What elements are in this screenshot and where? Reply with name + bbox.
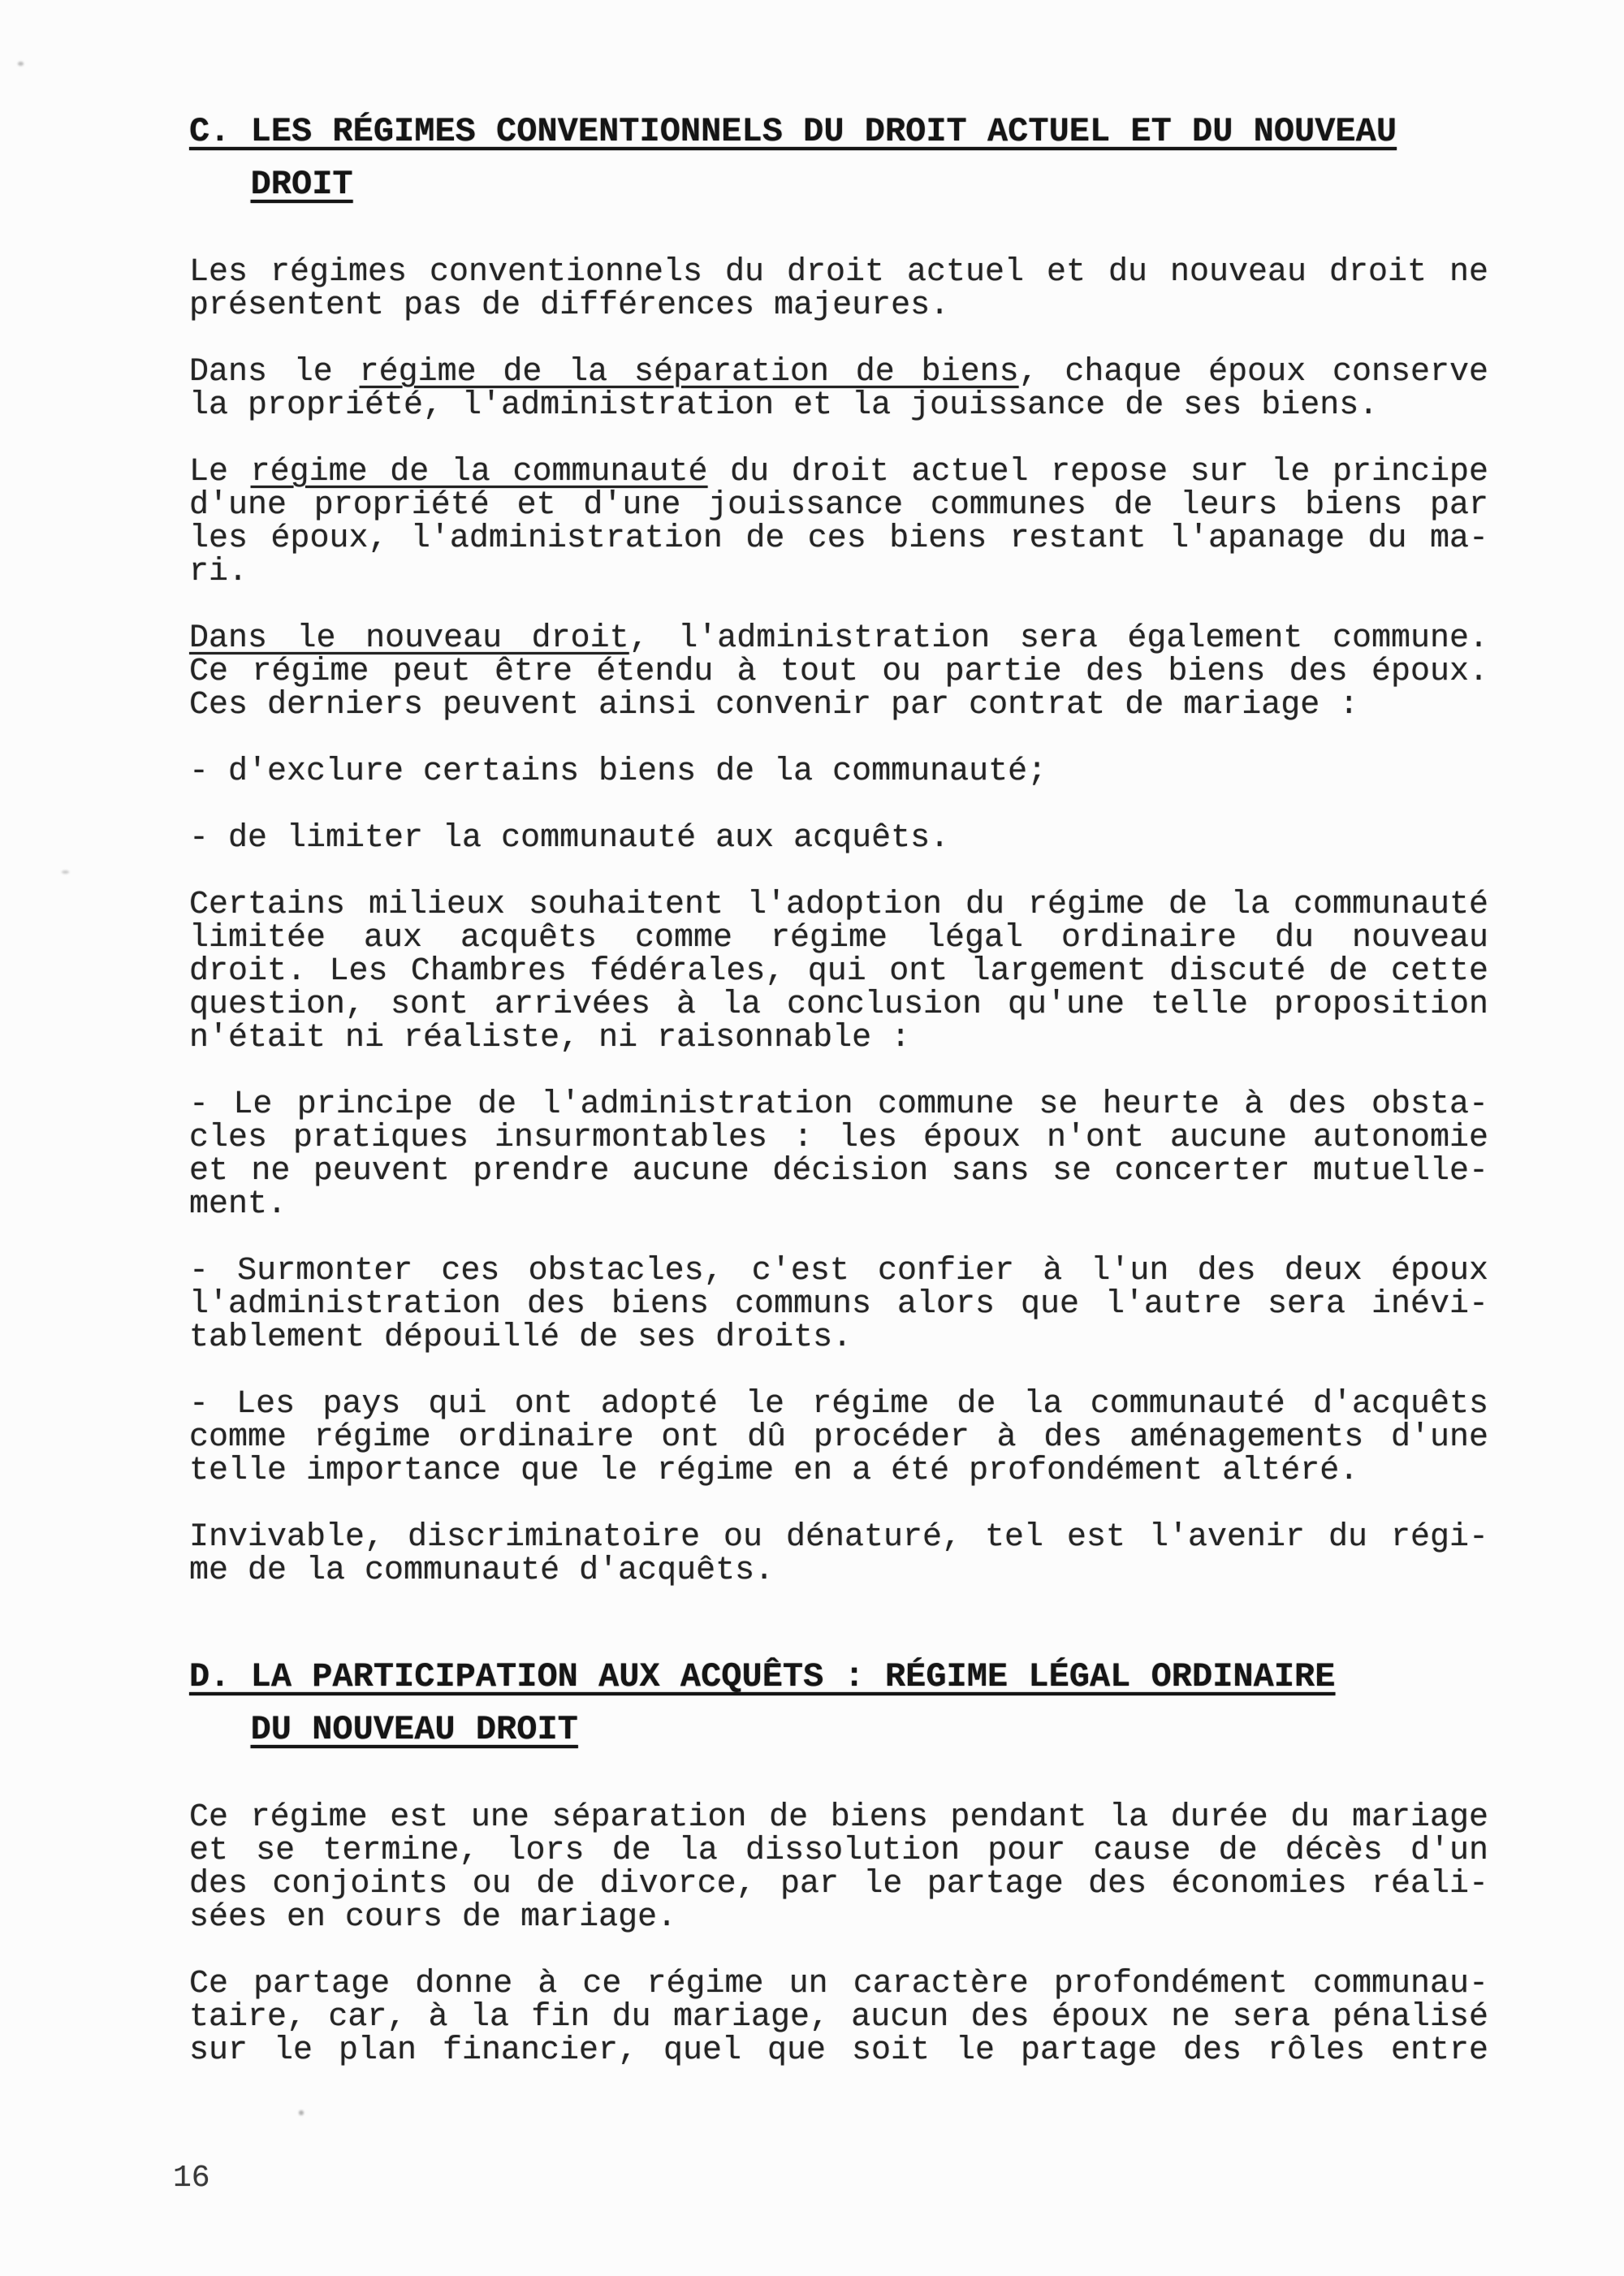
bullet-pays-adopte: - Les pays qui ont adopté le régime de l… xyxy=(189,1388,1488,1488)
text-segment: et se termine, lors de la dissolution po… xyxy=(189,1833,1488,1869)
para-line: Ce partage donne à ce régime un caractèr… xyxy=(189,1967,1488,2001)
text-segment: Ce régime est une séparation de biens pe… xyxy=(189,1799,1488,1836)
text-segment: telle importance que le régime en a été … xyxy=(189,1453,1358,1489)
text-segment: sur le plan financier, quel que soit le … xyxy=(189,2032,1488,2069)
bullet-exclure: - d'exclure certains biens de la communa… xyxy=(189,755,1488,788)
text-segment: les époux, l'administration de ces biens… xyxy=(189,520,1488,557)
para-certains-milieux: Certains milieux souhaitent l'adoption d… xyxy=(189,888,1488,1055)
para-line: présentent pas de différences majeures. xyxy=(189,289,1488,322)
para-line: et ne peuvent prendre aucune décision sa… xyxy=(189,1155,1488,1188)
para-ce-regime: Ce régime est une séparation de biens pe… xyxy=(189,1801,1488,1934)
text-segment: ri. xyxy=(189,554,248,590)
para-line: - d'exclure certains biens de la communa… xyxy=(189,755,1488,788)
heading-line: D. LA PARTICIPATION AUX ACQUÊTS : RÉGIME… xyxy=(189,1651,1488,1704)
para-line: telle importance que le régime en a été … xyxy=(189,1454,1488,1488)
para-line: - Les pays qui ont adopté le régime de l… xyxy=(189,1388,1488,1421)
heading-line: C. LES RÉGIMES CONVENTIONNELS DU DROIT A… xyxy=(189,106,1488,158)
para-line: Invivable, discriminatoire ou dénaturé, … xyxy=(189,1521,1488,1554)
scan-speck xyxy=(18,62,24,66)
underlined-text-segment: DU NOUVEAU DROIT xyxy=(251,1710,578,1749)
para-line: - Surmonter ces obstacles, c'est confier… xyxy=(189,1255,1488,1288)
text-segment: ment. xyxy=(189,1186,287,1223)
text-segment: comme régime ordinaire ont dû procéder à… xyxy=(189,1419,1488,1456)
para-line: Certains milieux souhaitent l'adoption d… xyxy=(189,888,1488,922)
text-segment: , chaque époux conserve xyxy=(1019,354,1488,391)
text-segment: limitée aux acquêts comme régime légal o… xyxy=(189,920,1488,957)
text-segment: et ne peuvent prendre aucune décision sa… xyxy=(189,1153,1488,1190)
text-segment: présentent pas de différences majeures. xyxy=(189,287,949,324)
underlined-text-segment: régime de la séparation de biens xyxy=(360,354,1019,391)
para-line: Les régimes conventionnels du droit actu… xyxy=(189,256,1488,289)
para-line: question, sont arrivées à la conclusion … xyxy=(189,988,1488,1021)
text-segment: Certains milieux souhaitent l'adoption d… xyxy=(189,887,1488,923)
para-line: Dans le régime de la séparation de biens… xyxy=(189,356,1488,389)
para-line: taire, car, à la fin du mariage, aucun d… xyxy=(189,2001,1488,2034)
text-segment: Invivable, discriminatoire ou dénaturé, … xyxy=(189,1519,1488,1556)
para-line: la propriété, l'administration et la jou… xyxy=(189,389,1488,422)
para-line: l'administration des biens communs alors… xyxy=(189,1288,1488,1321)
bullet-surmonter-obstacles: - Surmonter ces obstacles, c'est confier… xyxy=(189,1255,1488,1354)
para-line: les époux, l'administration de ces biens… xyxy=(189,522,1488,555)
text-segment: du droit actuel repose sur le principe xyxy=(708,454,1488,490)
para-line: Le régime de la communauté du droit actu… xyxy=(189,456,1488,489)
para-line: ri. xyxy=(189,555,1488,589)
heading-c: C. LES RÉGIMES CONVENTIONNELS DU DROIT A… xyxy=(189,106,1488,211)
text-segment: taire, car, à la fin du mariage, aucun d… xyxy=(189,1999,1488,2036)
text-segment: Les régimes conventionnels du droit actu… xyxy=(189,254,1488,291)
text-segment: d'une propriété et d'une jouissance comm… xyxy=(189,487,1488,524)
para-communaute: Le régime de la communauté du droit actu… xyxy=(189,456,1488,589)
para-line: ment. xyxy=(189,1188,1488,1221)
text-segment: droit. Les Chambres fédérales, qui ont l… xyxy=(189,953,1488,990)
heading-line: DU NOUVEAU DROIT xyxy=(189,1704,1488,1756)
page-number: 16 xyxy=(173,2162,210,2195)
text-segment: Le xyxy=(189,454,251,490)
para-ce-partage: Ce partage donne à ce régime un caractèr… xyxy=(189,1967,1488,2067)
para-line: cles pratiques insurmontables : les épou… xyxy=(189,1121,1488,1155)
text-segment: - Le principe de l'administration commun… xyxy=(189,1086,1488,1123)
para-line: - de limiter la communauté aux acquêts. xyxy=(189,822,1488,855)
text-segment: tablement dépouillé de ses droits. xyxy=(189,1319,852,1356)
para-line: Ce régime peut être étendu à tout ou par… xyxy=(189,655,1488,689)
para-line: n'était ni réaliste, ni raisonnable : xyxy=(189,1021,1488,1055)
scan-speck xyxy=(62,870,69,874)
para-invivable: Invivable, discriminatoire ou dénaturé, … xyxy=(189,1521,1488,1587)
underlined-text-segment: régime de la communauté xyxy=(251,454,708,490)
para-line: tablement dépouillé de ses droits. xyxy=(189,1321,1488,1354)
text-segment: - Surmonter ces obstacles, c'est confier… xyxy=(189,1253,1488,1289)
underlined-text-segment: D. LA PARTICIPATION AUX ACQUÊTS : RÉGIME… xyxy=(189,1657,1335,1696)
text-segment: cles pratiques insurmontables : les épou… xyxy=(189,1120,1488,1156)
text-segment: la propriété, l'administration et la jou… xyxy=(189,387,1378,424)
text-segment: Ce régime peut être étendu à tout ou par… xyxy=(189,654,1488,690)
text-segment: me de la communauté d'acquêts. xyxy=(189,1553,774,1589)
underlined-text-segment: C. LES RÉGIMES CONVENTIONNELS DU DROIT A… xyxy=(189,112,1397,151)
heading-d: D. LA PARTICIPATION AUX ACQUÊTS : RÉGIME… xyxy=(189,1651,1488,1756)
para-line: droit. Les Chambres fédérales, qui ont l… xyxy=(189,955,1488,988)
para-line: des conjoints ou de divorce, par le part… xyxy=(189,1868,1488,1901)
document-page: C. LES RÉGIMES CONVENTIONNELS DU DROIT A… xyxy=(0,0,1624,2276)
text-segment: Ce partage donne à ce régime un caractèr… xyxy=(189,1966,1488,2002)
underlined-text-segment: DROIT xyxy=(251,165,353,204)
text-segment: Dans le xyxy=(189,354,360,391)
para-line: Ces derniers peuvent ainsi convenir par … xyxy=(189,689,1488,722)
text-segment: , l'administration sera également commun… xyxy=(629,620,1488,657)
para-line: comme régime ordinaire ont dû procéder à… xyxy=(189,1421,1488,1454)
heading-line: DROIT xyxy=(189,158,1488,211)
para-separation-biens: Dans le régime de la séparation de biens… xyxy=(189,356,1488,422)
bullet-limiter: - de limiter la communauté aux acquêts. xyxy=(189,822,1488,855)
para-line: me de la communauté d'acquêts. xyxy=(189,1554,1488,1587)
text-segment: - d'exclure certains biens de la communa… xyxy=(189,754,1047,790)
para-intro: Les régimes conventionnels du droit actu… xyxy=(189,256,1488,322)
para-line: - Le principe de l'administration commun… xyxy=(189,1088,1488,1121)
text-segment: question, sont arrivées à la conclusion … xyxy=(189,987,1488,1023)
text-segment: sées en cours de mariage. xyxy=(189,1899,676,1936)
text-segment: des conjoints ou de divorce, par le part… xyxy=(189,1866,1488,1902)
scan-speck xyxy=(299,2110,304,2115)
para-line: limitée aux acquêts comme régime légal o… xyxy=(189,922,1488,955)
text-segment: - de limiter la communauté aux acquêts. xyxy=(189,820,949,857)
para-line: sées en cours de mariage. xyxy=(189,1901,1488,1934)
para-line: sur le plan financier, quel que soit le … xyxy=(189,2034,1488,2067)
para-line: et se termine, lors de la dissolution po… xyxy=(189,1834,1488,1868)
document-body: C. LES RÉGIMES CONVENTIONNELS DU DROIT A… xyxy=(189,106,1488,2067)
text-segment: n'était ni réaliste, ni raisonnable : xyxy=(189,1020,910,1056)
text-segment: - Les pays qui ont adopté le régime de l… xyxy=(189,1386,1488,1423)
para-line: Ce régime est une séparation de biens pe… xyxy=(189,1801,1488,1834)
text-segment: Ces derniers peuvent ainsi convenir par … xyxy=(189,687,1358,723)
bullet-principe-administration: - Le principe de l'administration commun… xyxy=(189,1088,1488,1221)
text-segment: l'administration des biens communs alors… xyxy=(189,1286,1488,1323)
underlined-text-segment: Dans le nouveau droit xyxy=(189,620,629,657)
para-line: d'une propriété et d'une jouissance comm… xyxy=(189,489,1488,522)
para-nouveau-droit: Dans le nouveau droit, l'administration … xyxy=(189,622,1488,722)
para-line: Dans le nouveau droit, l'administration … xyxy=(189,622,1488,655)
